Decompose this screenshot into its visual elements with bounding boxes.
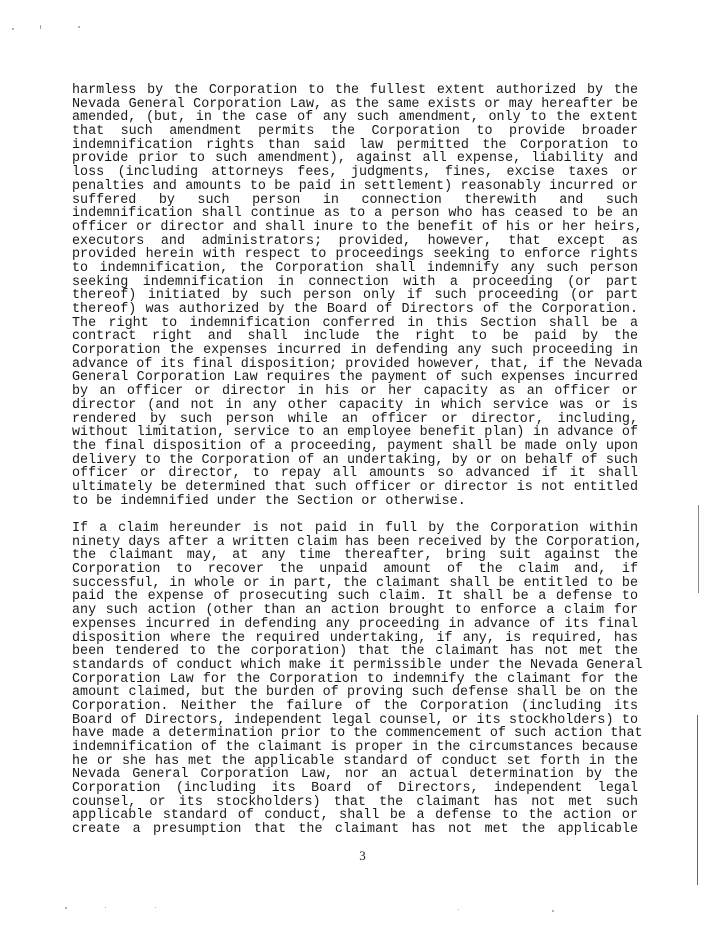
text-line: by an officer or director in his or her …	[72, 385, 638, 399]
text-line: that such amendment permits the Corporat…	[72, 125, 638, 139]
text-line: been tendered to the corporation) that t…	[72, 645, 638, 659]
scan-speck	[552, 910, 554, 912]
text-line: contract right and shall include the rig…	[72, 330, 638, 344]
text-line: ultimately be determined that such offic…	[72, 481, 638, 495]
text-line: provide prior to such amendment), agains…	[72, 152, 638, 166]
text-line: ninety days after a written claim has be…	[72, 536, 638, 550]
text-line: harmless by the Corporation to the fulle…	[72, 84, 638, 98]
text-line: Corporation. Neither the failure of the …	[72, 700, 638, 714]
text-line: rendered by such person while an officer…	[72, 413, 638, 427]
scan-speck	[105, 907, 106, 908]
text-line: suffered by such person in connection th…	[72, 194, 638, 208]
text-line: any such action (other than an action br…	[72, 604, 638, 618]
scan-speck	[458, 909, 459, 910]
text-line: amended, (but, in the case of any such a…	[72, 111, 638, 125]
page-number: 3	[0, 848, 725, 864]
document-body: harmless by the Corporation to the fulle…	[72, 84, 638, 837]
text-line: paid the expense of prosecuting such cla…	[72, 590, 638, 604]
text-line: Corporation Law for the Corporation to i…	[72, 673, 638, 687]
text-line: standards of conduct which make it permi…	[72, 659, 638, 673]
text-line: advance of its final disposition; provid…	[72, 358, 638, 372]
scan-speck	[78, 26, 80, 28]
text-line: without limitation, service to an employ…	[72, 426, 638, 440]
scan-speck	[12, 28, 14, 30]
text-line: Nevada General Corporation Law, nor an a…	[72, 768, 638, 782]
text-line: indemnification of the claimant is prope…	[72, 741, 638, 755]
text-line: provided herein with respect to proceedi…	[72, 248, 638, 262]
text-line: loss (including attorneys fees, judgment…	[72, 166, 638, 180]
text-line: indemnification shall continue as to a p…	[72, 207, 638, 221]
text-line: delivery to the Corporation of an undert…	[72, 454, 638, 468]
text-line: have made a determination prior to the c…	[72, 727, 638, 741]
text-line: he or she has met the applicable standar…	[72, 755, 638, 769]
paragraph-claim-suit: If a claim hereunder is not paid in full…	[72, 522, 638, 837]
text-line: If a claim hereunder is not paid in full…	[72, 522, 638, 536]
text-line: seeking indemnification in connection wi…	[72, 276, 638, 290]
text-line: applicable standard of conduct, shall be…	[72, 809, 638, 823]
scan-line-artifact	[698, 505, 699, 593]
text-line: to be indemnified under the Section or o…	[72, 495, 638, 509]
text-line: thereof) was authorized by the Board of …	[72, 303, 638, 317]
text-line: penalties and amounts to be paid in sett…	[72, 180, 638, 194]
scan-speck	[65, 907, 67, 909]
text-line: counsel, or its stockholders) that the c…	[72, 796, 638, 810]
text-line: indemnification rights than said law per…	[72, 139, 638, 153]
text-line: create a presumption that the claimant h…	[72, 823, 638, 837]
text-line: Corporation to recover the unpaid amount…	[72, 563, 638, 577]
text-line: the claimant may, at any time thereafter…	[72, 549, 638, 563]
text-line: officer or director, to repay all amount…	[72, 467, 638, 481]
text-line: thereof) initiated by such person only i…	[72, 289, 638, 303]
text-line: to indemnification, the Corporation shal…	[72, 262, 638, 276]
text-line: successful, in whole or in part, the cla…	[72, 577, 638, 591]
text-line: The right to indemnification conferred i…	[72, 317, 638, 331]
text-line: General Corporation Law requires the pay…	[72, 371, 638, 385]
text-line: officer or director and shall inure to t…	[72, 221, 638, 235]
paragraph-indemnification-rights: harmless by the Corporation to the fulle…	[72, 84, 638, 508]
scan-speck	[155, 907, 156, 908]
text-line: Board of Directors, independent legal co…	[72, 714, 638, 728]
text-line: executors and administrators; provided, …	[72, 235, 638, 249]
text-line: Corporation the expenses incurred in def…	[72, 344, 638, 358]
scan-speck	[40, 25, 41, 29]
text-line: the final disposition of a proceeding, p…	[72, 440, 638, 454]
text-line: disposition where the required undertaki…	[72, 632, 638, 646]
text-line: Nevada General Corporation Law, as the s…	[72, 98, 638, 112]
text-line: amount claimed, but the burden of provin…	[72, 686, 638, 700]
text-line: Corporation (including its Board of Dire…	[72, 782, 638, 796]
text-line: expenses incurred in defending any proce…	[72, 618, 638, 632]
document-page: harmless by the Corporation to the fulle…	[0, 0, 725, 938]
scan-line-artifact	[697, 715, 698, 885]
text-line: director (and not in any other capacity …	[72, 399, 638, 413]
